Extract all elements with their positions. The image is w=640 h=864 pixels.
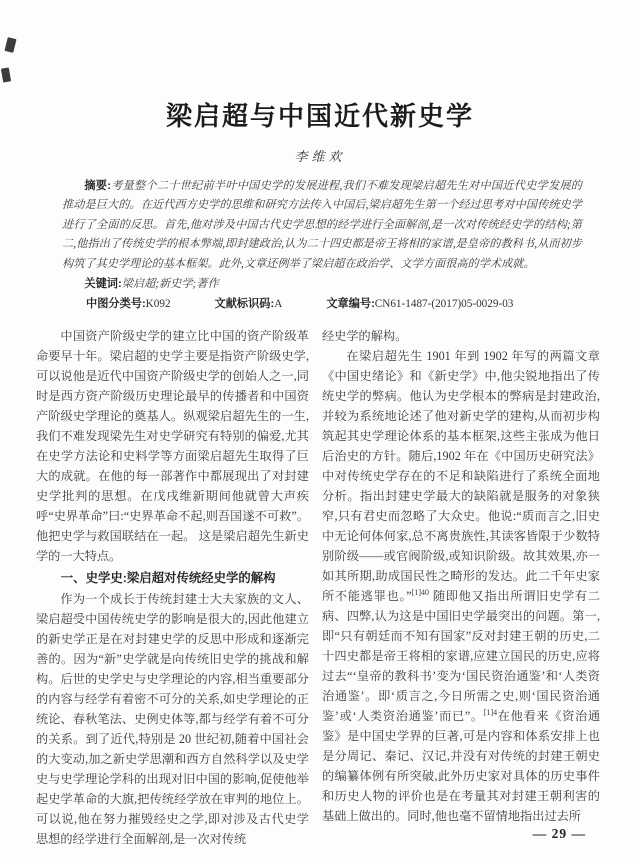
- paragraph-text: 在梁启超先生 1901 年到 1902 年写的两篇文章《中国史绪论》和《新史学》…: [322, 349, 600, 603]
- body-columns: 中国资产阶级史学的建立比中国的资产阶级革命要早十年。梁启超的史学主要是指资产阶级…: [36, 326, 600, 849]
- keywords-value: 梁启超;新史学;著作: [122, 278, 219, 290]
- paragraph: 在梁启超先生 1901 年到 1902 年写的两篇文章《中国史绪论》和《新史学》…: [322, 346, 600, 826]
- clc-value: K092: [146, 298, 171, 310]
- abstract-text: 考量整个二十世纪前半叶中国史学的发展进程,我们不难发现梁启超先生对中国近代史学发…: [62, 180, 582, 270]
- right-column: 经史学的解构。 在梁启超先生 1901 年到 1902 年写的两篇文章《中国史绪…: [322, 326, 600, 849]
- paper-page: 梁启超与中国近代新史学 李维欢 摘要:考量整个二十世纪前半叶中国史学的发展进程,…: [0, 0, 640, 864]
- section-heading: 一、史学史:梁启超对传统经史学的解构: [36, 568, 309, 588]
- article-no-value: CN61-1487-(2017)05-0029-03: [375, 298, 514, 310]
- doc-code-pair: 文献标识码:A: [215, 295, 283, 314]
- doc-code-label: 文献标识码:: [215, 298, 275, 310]
- left-column: 中国资产阶级史学的建立比中国的资产阶级革命要早十年。梁启超的史学主要是指资产阶级…: [36, 326, 309, 849]
- author-name: 李维欢: [0, 146, 640, 165]
- page-number: — 29 —: [533, 826, 586, 842]
- paragraph-text: 随即他又指出所谓旧史学有二病、四弊,认为这是中国旧史学最突出的问题。第一,即“只…: [322, 589, 600, 723]
- keywords-row: 关键词:梁启超;新史学;著作: [62, 275, 582, 294]
- citation-marker: [1]40: [412, 588, 429, 597]
- article-no-pair: 文章编号:CN61-1487-(2017)05-0029-03: [326, 295, 513, 314]
- abstract: 摘要:考量整个二十世纪前半叶中国史学的发展进程,我们不难发现梁启超先生对中国近代…: [62, 177, 582, 274]
- abstract-label: 摘要:: [84, 180, 111, 192]
- keywords-label: 关键词:: [84, 278, 121, 290]
- page-title: 梁启超与中国近代新史学: [0, 0, 640, 133]
- article-no-label: 文章编号:: [326, 298, 374, 310]
- paragraph-continuation: 经史学的解构。: [322, 326, 600, 346]
- paragraph: 作为一个成长于传统封建士大夫家族的文人、梁启超受中国传统史学的影响是很大的,因此…: [36, 589, 309, 849]
- clc-label: 中图分类号:: [86, 298, 146, 310]
- paragraph: 中国资产阶级史学的建立比中国的资产阶级革命要早十年。梁启超的史学主要是指资产阶级…: [36, 326, 309, 566]
- abstract-block: 摘要:考量整个二十世纪前半叶中国史学的发展进程,我们不难发现梁启超先生对中国近代…: [62, 177, 582, 274]
- article-info-row: 中图分类号:K092 文献标识码:A 文章编号:CN61-1487-(2017)…: [62, 295, 582, 314]
- paragraph-text: 在他看来《资治通鉴》是中国史学界的巨著,可是内容和体系安排上也是分周记、秦记、汉…: [322, 709, 600, 823]
- clc-pair: 中图分类号:K092: [86, 295, 171, 314]
- doc-code-value: A: [274, 298, 282, 310]
- citation-marker: [1]4: [484, 708, 497, 717]
